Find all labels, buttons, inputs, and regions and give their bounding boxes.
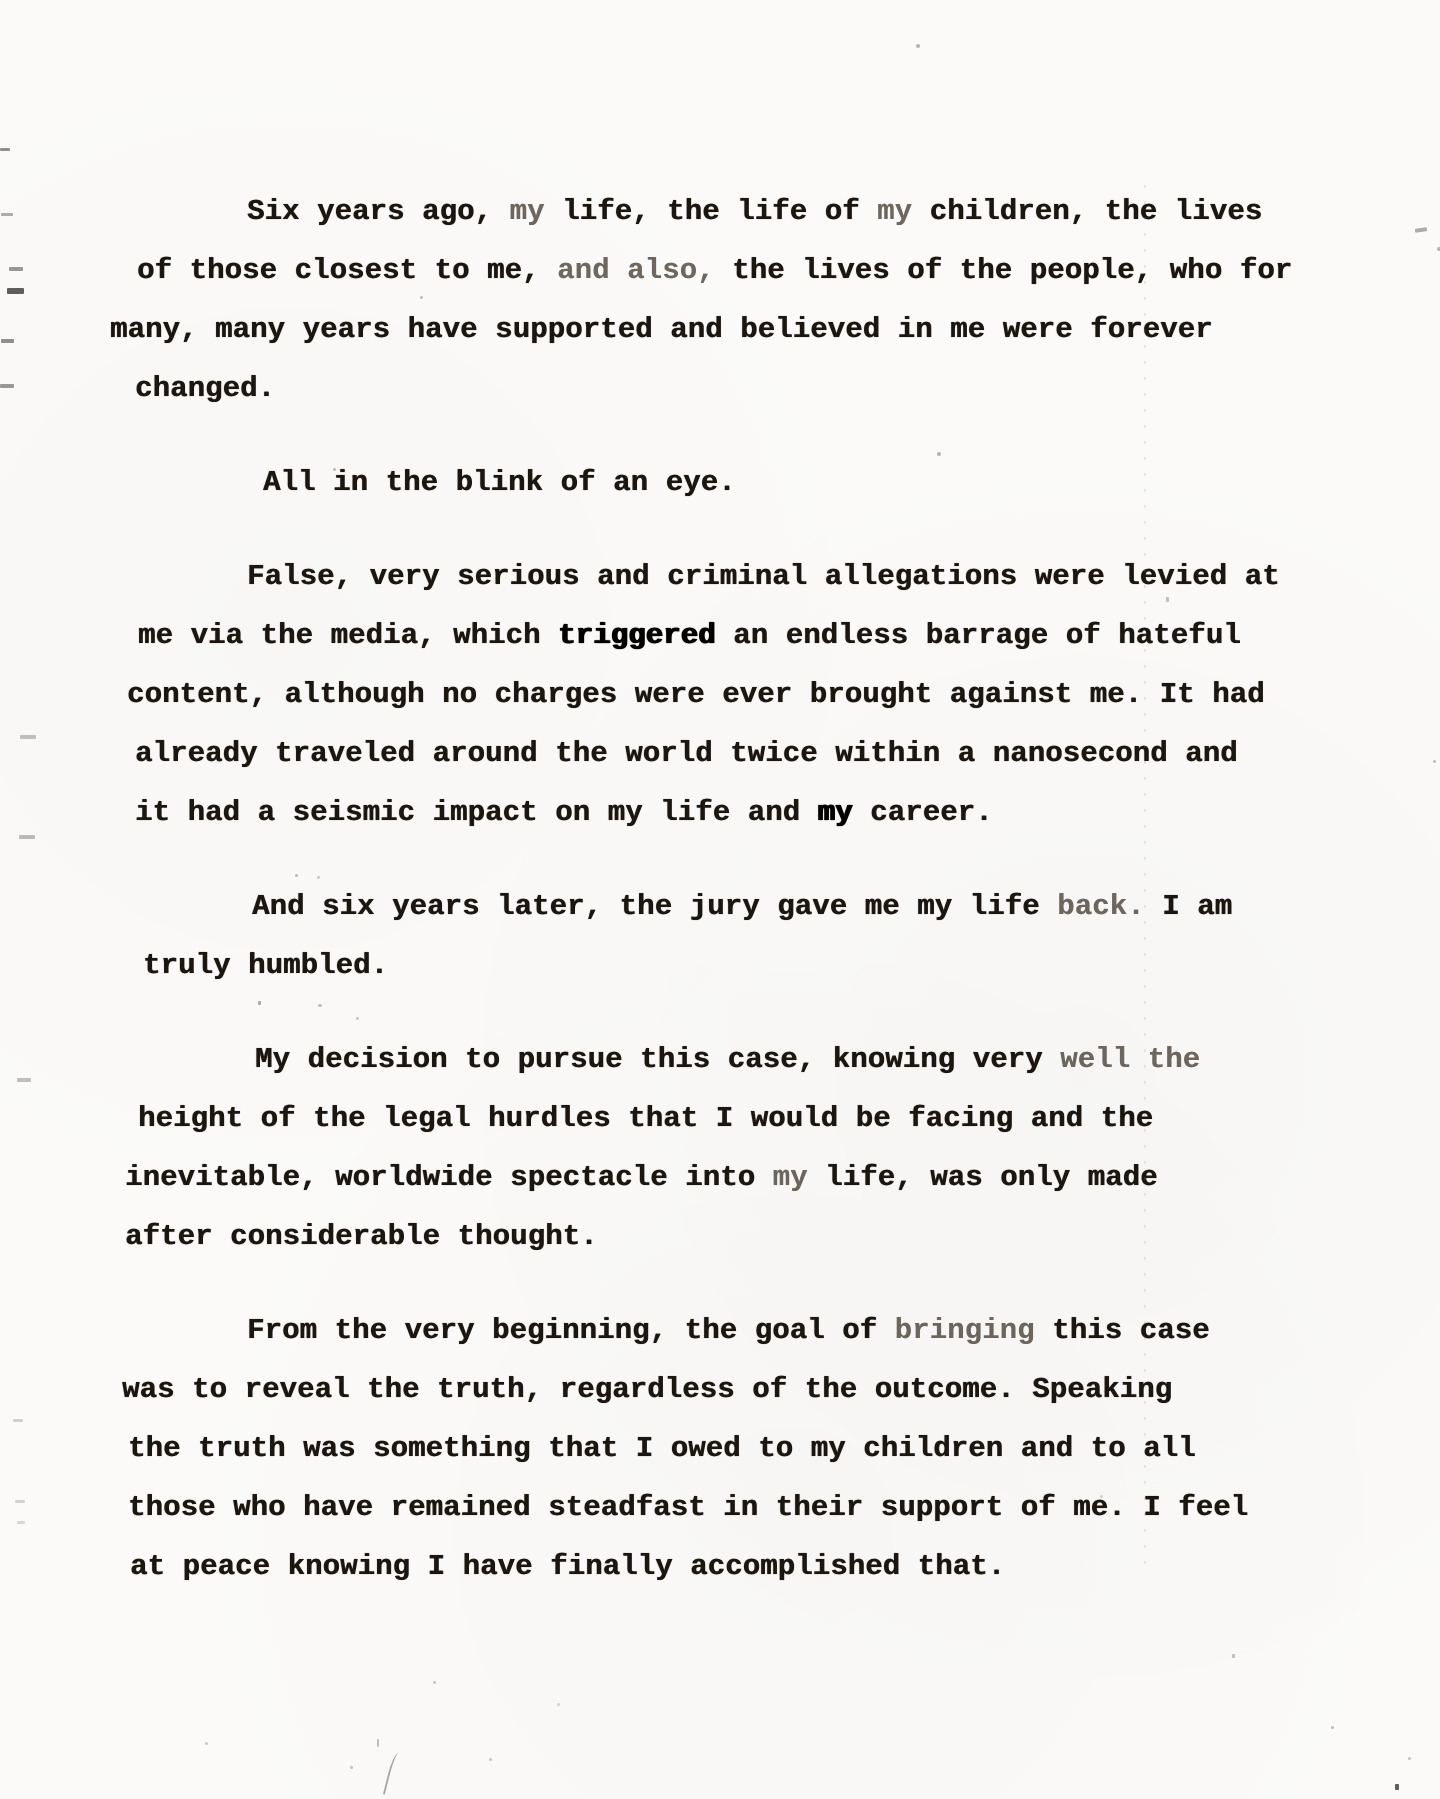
- text-line: truly humbled.: [143, 936, 1408, 995]
- text-line: height of the legal hurdles that I would…: [138, 1089, 1408, 1148]
- paragraph: And six years later, the jury gave me my…: [128, 877, 1408, 995]
- text-segment: life, was only made: [808, 1161, 1158, 1194]
- text-segment: already traveled around the world twice …: [135, 737, 1238, 770]
- text-segment: this case: [1035, 1314, 1210, 1347]
- text-segment: My decision to pursue this case, knowing…: [255, 1043, 1060, 1076]
- text-segment: truly humbled.: [143, 949, 388, 982]
- text-line: it had a seismic impact on my life and m…: [135, 783, 1408, 842]
- scan-speck: [1433, 760, 1436, 763]
- scan-speck: [937, 452, 941, 456]
- scan-speck: [15, 1500, 25, 1503]
- text-segment: many, many years have supported and beli…: [110, 313, 1213, 346]
- scan-speck: [17, 1078, 31, 1082]
- text-segment: life, the life of: [545, 195, 878, 228]
- text-line: False, very serious and criminal allegat…: [247, 547, 1408, 606]
- paragraph: False, very serious and criminal allegat…: [128, 547, 1408, 842]
- text-segment: inevitable, worldwide spectacle into: [125, 1161, 773, 1194]
- text-line: changed.: [135, 359, 1408, 418]
- scan-speck: [420, 296, 423, 299]
- text-line: From the very beginning, the goal of bri…: [247, 1301, 1408, 1360]
- scan-speck: [17, 1521, 25, 1524]
- scan-speck: [258, 1001, 261, 1005]
- text-segment: it had a seismic impact on my life and: [135, 796, 818, 829]
- scan-speck: [350, 1766, 353, 1769]
- text-segment: Six years ago,: [247, 195, 510, 228]
- scan-speck: [205, 1742, 208, 1745]
- text-segment: False, very serious and criminal allegat…: [247, 560, 1280, 593]
- scan-speck: [1415, 227, 1427, 233]
- text-segment: of those closest to me,: [137, 254, 557, 287]
- text-line: Six years ago, my life, the life of my c…: [247, 182, 1408, 241]
- scan-speck: [333, 468, 336, 471]
- text-line: was to reveal the truth, regardless of t…: [122, 1360, 1408, 1419]
- scan-speck: [317, 876, 320, 879]
- text-segment: my: [510, 195, 545, 228]
- text-line: after considerable thought.: [125, 1207, 1408, 1266]
- text-line: me via the media, which triggered an end…: [138, 606, 1408, 665]
- text-segment: an endless barrage of hateful: [716, 619, 1241, 652]
- text-segment: height of the legal hurdles that I would…: [138, 1102, 1153, 1135]
- scan-speck: [295, 874, 298, 877]
- scan-speck: [13, 1419, 23, 1422]
- text-segment: the truth was something that I owed to m…: [128, 1432, 1196, 1465]
- scan-speck: [489, 1758, 492, 1761]
- scan-speck: [1100, 1495, 1103, 1498]
- text-segment: changed.: [135, 372, 275, 405]
- scan-speck: [916, 44, 920, 48]
- text-segment: From the very beginning, the goal of: [247, 1314, 895, 1347]
- scan-squiggle-mark: [383, 1752, 402, 1797]
- scan-speck: [9, 267, 23, 271]
- text-segment: I am: [1145, 890, 1233, 923]
- text-segment: triggered: [558, 619, 716, 652]
- text-segment: my: [818, 796, 853, 829]
- scan-speck: [1, 213, 13, 216]
- text-segment: bringing: [895, 1314, 1035, 1347]
- scan-speck: [377, 1739, 379, 1747]
- text-line: content, although no charges were ever b…: [127, 665, 1408, 724]
- scan-speck: [1232, 1654, 1235, 1658]
- paragraph: Six years ago, my life, the life of my c…: [128, 182, 1408, 418]
- text-segment: And six years later, the jury gave me my…: [252, 890, 1057, 923]
- paragraph: My decision to pursue this case, knowing…: [128, 1030, 1408, 1266]
- scan-speck: [1166, 597, 1169, 602]
- text-segment: the lives of the people, who for: [715, 254, 1293, 287]
- text-line: the truth was something that I owed to m…: [128, 1419, 1408, 1478]
- text-segment: my: [877, 195, 912, 228]
- scan-speck: [1408, 1757, 1411, 1760]
- text-line: those who have remained steadfast in the…: [128, 1478, 1408, 1537]
- scan-speck: [433, 1681, 436, 1684]
- scan-speck: [1395, 1784, 1399, 1790]
- text-segment: at peace knowing I have finally accompli…: [130, 1550, 1005, 1583]
- text-segment: those who have remained steadfast in the…: [128, 1491, 1248, 1524]
- paragraph: From the very beginning, the goal of bri…: [128, 1301, 1408, 1596]
- scan-speck: [318, 1004, 322, 1007]
- scanned-document-page: Six years ago, my life, the life of my c…: [0, 0, 1440, 1799]
- text-line: All in the blink of an eye.: [263, 453, 1408, 512]
- text-segment: content, although no charges were ever b…: [127, 678, 1265, 711]
- text-line: many, many years have supported and beli…: [110, 300, 1408, 359]
- text-segment: back.: [1057, 890, 1145, 923]
- text-line: already traveled around the world twice …: [135, 724, 1408, 783]
- text-segment: my: [773, 1161, 808, 1194]
- text-line: of those closest to me, and also, the li…: [137, 241, 1408, 300]
- text-segment: me via the media, which: [138, 619, 558, 652]
- scan-speck: [7, 288, 24, 294]
- scan-speck: [557, 1703, 560, 1706]
- text-line: My decision to pursue this case, knowing…: [255, 1030, 1408, 1089]
- text-segment: was to reveal the truth, regardless of t…: [122, 1373, 1172, 1406]
- text-line: inevitable, worldwide spectacle into my …: [125, 1148, 1408, 1207]
- text-line: at peace knowing I have finally accompli…: [130, 1537, 1408, 1596]
- scan-speck: [0, 148, 10, 151]
- text-segment: children, the lives: [912, 195, 1262, 228]
- text-line: And six years later, the jury gave me my…: [252, 877, 1408, 936]
- scan-speck: [20, 735, 36, 739]
- text-segment: and also,: [557, 254, 715, 287]
- document-text: Six years ago, my life, the life of my c…: [128, 182, 1408, 1631]
- scan-speck: [0, 384, 14, 388]
- paragraph: All in the blink of an eye.: [128, 453, 1408, 512]
- scan-speck: [356, 1017, 359, 1020]
- text-segment: after considerable thought.: [125, 1220, 598, 1253]
- text-segment: career.: [853, 796, 993, 829]
- scan-speck: [19, 835, 35, 839]
- text-segment: well the: [1060, 1043, 1200, 1076]
- scan-speck: [1, 339, 14, 343]
- scan-speck: [1331, 1726, 1334, 1729]
